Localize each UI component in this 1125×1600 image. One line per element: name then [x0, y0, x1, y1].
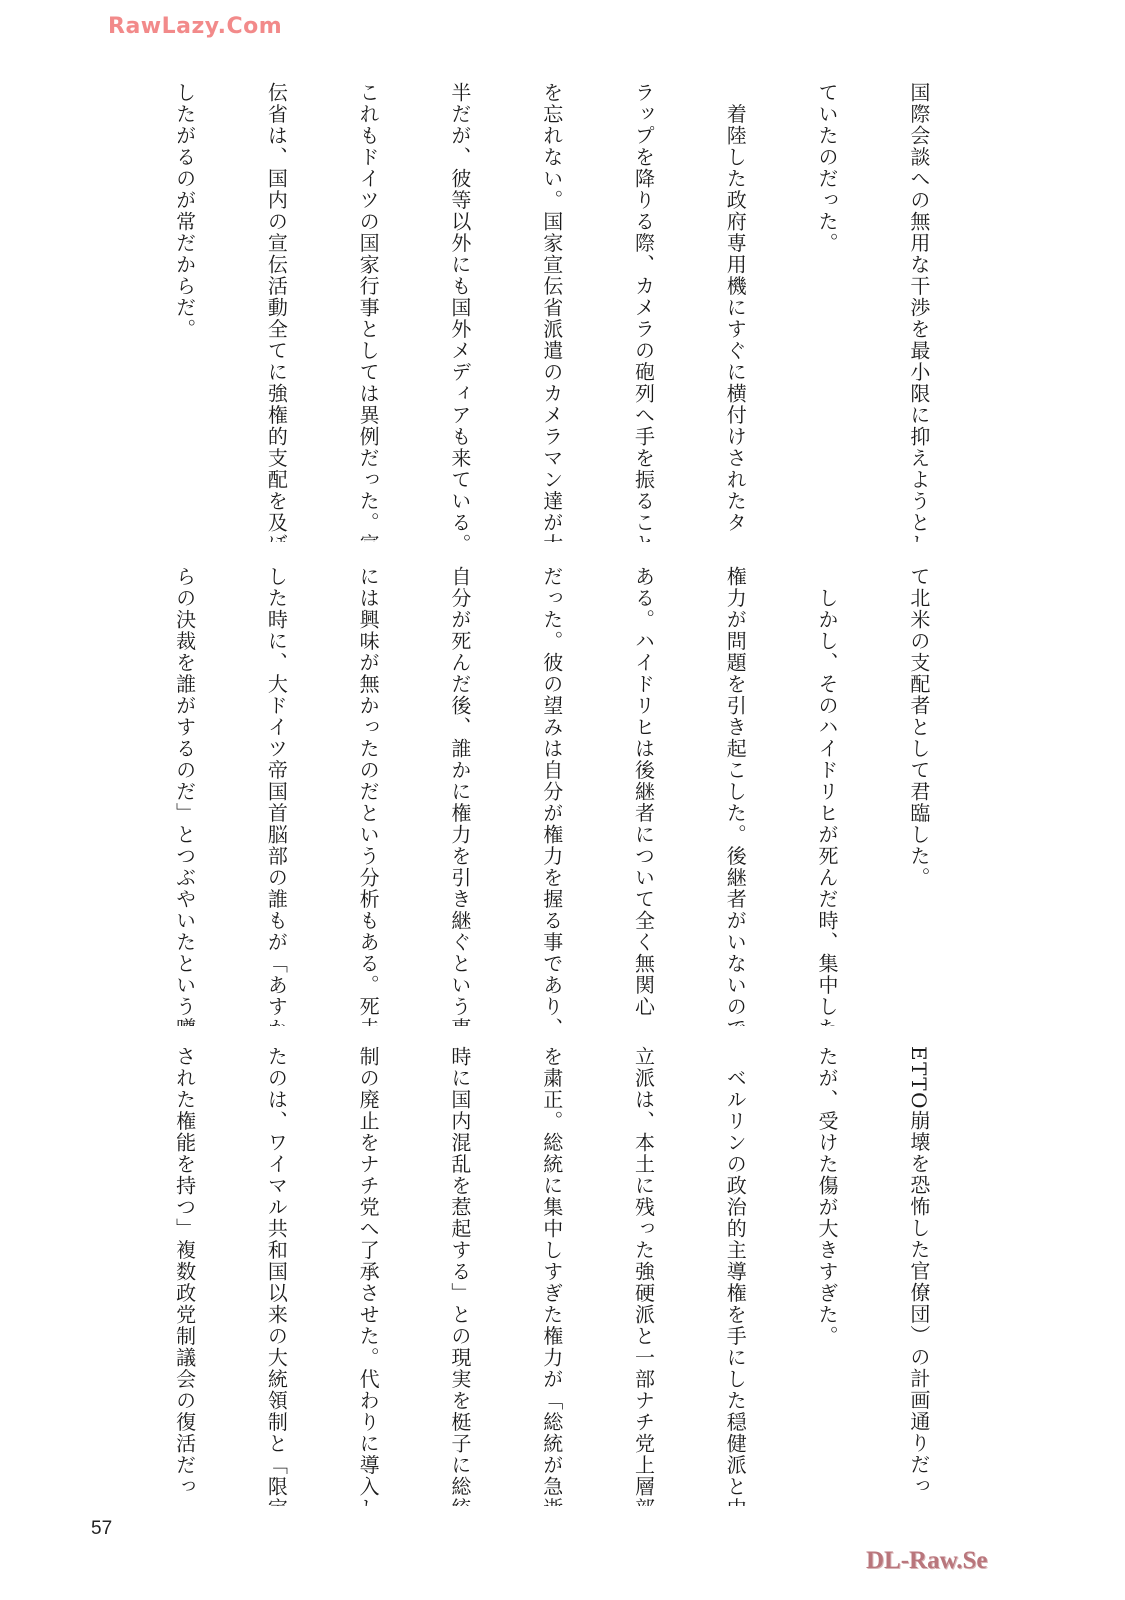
text-column: もあった。	[105, 566, 108, 1026]
text-column: ラップを降りる際、カメラの砲列へ手を振ること	[628, 82, 659, 542]
text-column: 伝省は、国内の宣伝活動全てに強権的支配を及ぼ	[261, 82, 292, 542]
text-column: ベルリンの政治的主導権を手にした穏健派と中	[720, 1046, 751, 1506]
text-column: には興味が無かったのだという分析もある。死去	[353, 566, 384, 1026]
text-column: した時に、大ドイツ帝国首脳部の誰もが「あすか	[261, 566, 292, 1026]
text-column: たのは、ワイマル共和国以来の大統領制と「限定	[261, 1046, 292, 1506]
text-column: された権能を持つ」複数政党制議会の復活だっ	[169, 1046, 200, 1506]
text-band-top: 国際会談への無用な干渉を最小限に抑えようとし ていたのだった。 着陸した政府専用…	[105, 82, 995, 542]
text-column: だった。彼の望みは自分が権力を握る事であり、	[536, 566, 567, 1026]
text-column: たが、受けた傷が大きすぎた。	[811, 1046, 842, 1506]
text-band-bottom: ETTO崩壊を恐怖した官僚団）の計画通りだっ たが、受けた傷が大きすぎた。 ベル…	[105, 1046, 995, 1506]
text-column: 着陸した政府専用機にすぐに横付けされたタ	[720, 82, 751, 542]
text-column: これもドイツの国家行事としては異例だった。宣	[353, 82, 384, 542]
watermark-top: RawLazy.Com	[108, 14, 282, 39]
text-band-middle: て北米の支配者として君臨した。 しかし、そのハイドリヒが死んだ時、集中した 権力…	[105, 566, 995, 1026]
text-column: た。	[105, 1046, 108, 1506]
text-column: 権力が問題を引き起こした。後継者がいないので	[720, 566, 751, 1026]
text-column: 時に国内混乱を惹起する」との現実を梃子に総統	[444, 1046, 475, 1506]
text-column: 制の廃止をナチ党へ了承させた。代わりに導入し	[353, 1046, 384, 1506]
text-column: 立派は、本土に残った強硬派と一部ナチ党上層部	[628, 1046, 659, 1506]
text-column: 自分が死んだ後、誰かに権力を引き継ぐという事	[444, 566, 475, 1026]
text-column: て北米の支配者として君臨した。	[903, 566, 934, 1026]
watermark-bottom: DL-Raw.Se	[866, 1547, 988, 1575]
text-column: ていたのだった。	[811, 82, 842, 542]
text-column: 半だが、彼等以外にも国外メディアも来ている。	[444, 82, 475, 542]
text-column: ETTO崩壊を恐怖した官僚団）の計画通りだっ	[903, 1046, 934, 1506]
text-column: を粛正。総統に集中しすぎた権力が「総統が急逝	[536, 1046, 567, 1506]
text-column: しかし、そのハイドリヒが死んだ時、集中した	[811, 566, 842, 1026]
text-column: ある。ハイドリヒは後継者について全く無関心	[628, 566, 659, 1026]
page-number: 57	[91, 1518, 112, 1540]
text-column: したがるのが常だからだ。	[169, 82, 200, 542]
text-column: 国際会談への無用な干渉を最小限に抑えようとし	[903, 82, 934, 542]
text-column: を忘れない。国家宣伝省派遣のカメラマン達が大	[536, 82, 567, 542]
text-column: らの決裁を誰がするのだ」とつぶやいたという噂	[169, 566, 200, 1026]
text-column: とは言え、通常の他国で行われる国際的式典に	[105, 82, 108, 542]
